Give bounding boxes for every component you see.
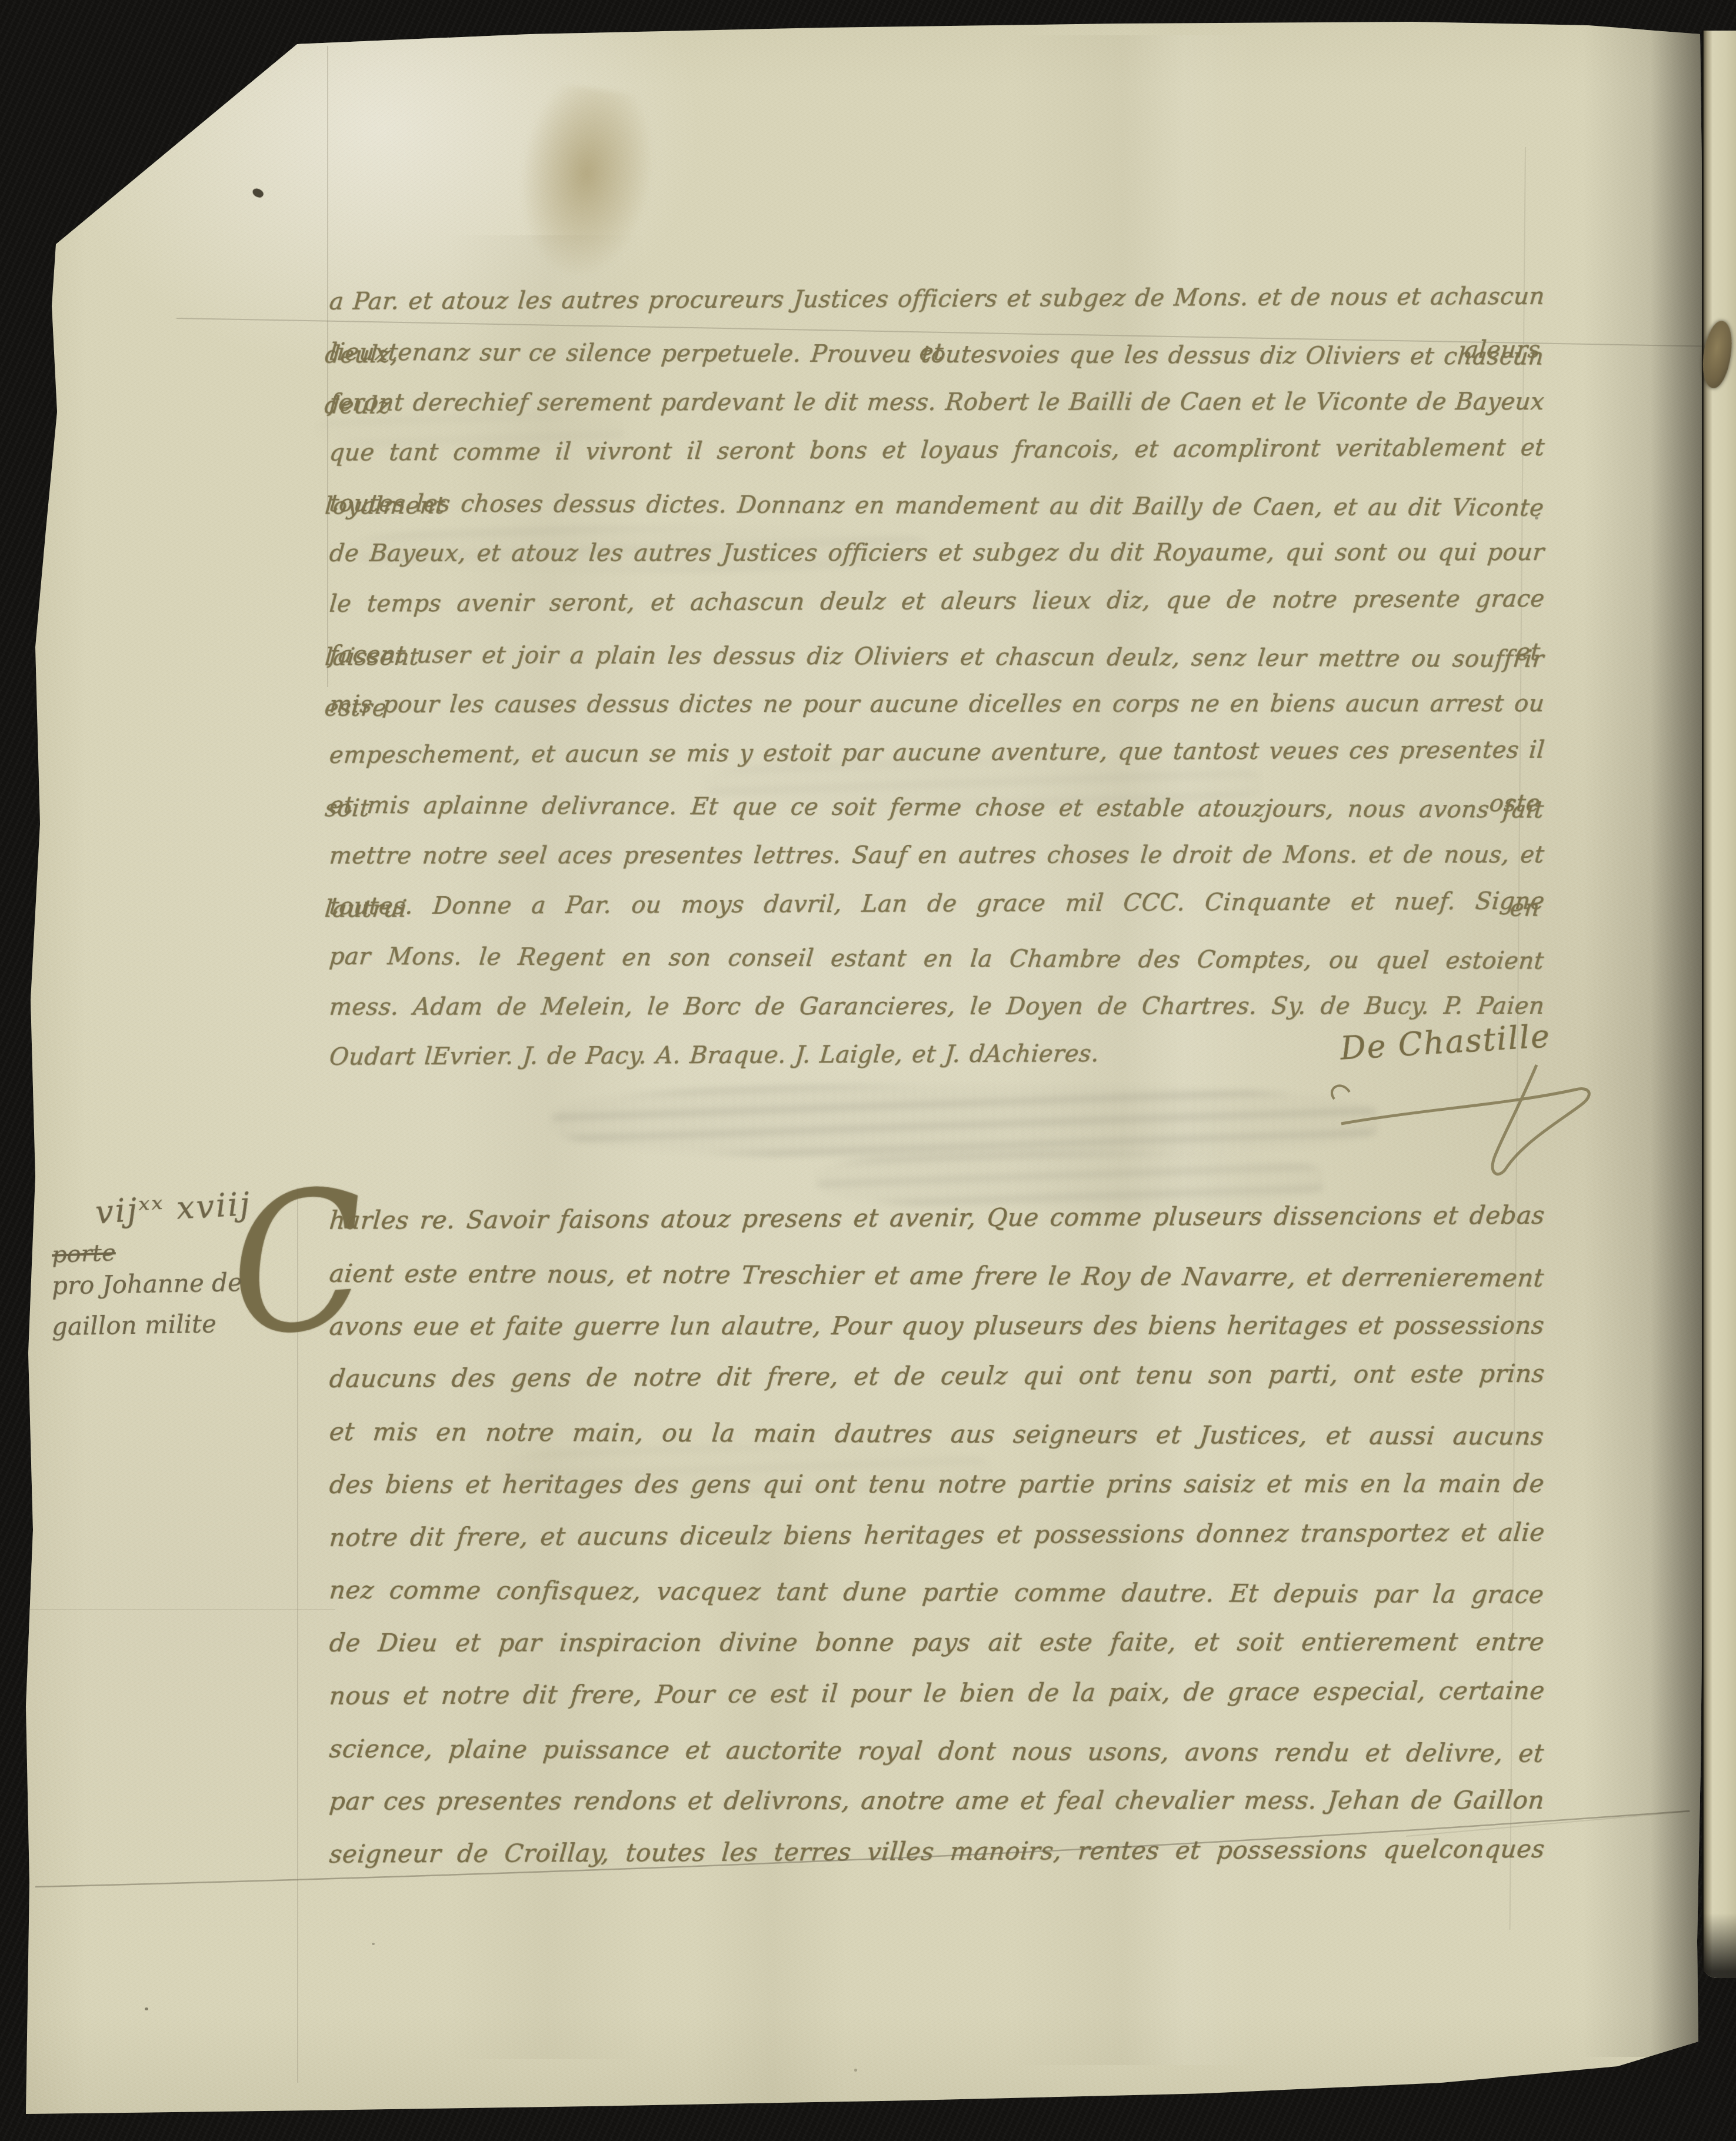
text-line: avons eue et faite guerre lun alautre, P… <box>327 1299 1547 1353</box>
text-line: mettre notre seel aces presentes lettres… <box>327 828 1547 883</box>
margin-note-latin-line-2: gaillon milite <box>52 1310 217 1341</box>
text-line: et mis aplainne delivrance. Et que ce so… <box>327 779 1547 837</box>
photo-backdrop: { "photo": { "backdrop_color": "#131210"… <box>0 0 1736 2141</box>
text-line: feront derechief serement pardevant le d… <box>327 375 1547 429</box>
text-line: a Par. et atouz les autres procureurs Ju… <box>327 270 1547 328</box>
parchment-stain <box>508 80 662 285</box>
text-line: le temps avenir seront, et achascun deul… <box>327 572 1547 631</box>
text-line: harles re. Savoir faisons atouz presens … <box>327 1189 1547 1247</box>
ink-speck <box>372 1943 375 1945</box>
text-line: mess. Adam de Melein, le Borc de Garanci… <box>327 980 1547 1034</box>
margin-note-struck-word: porte <box>51 1239 116 1268</box>
text-line: mis pour les causes dessus dictes ne pou… <box>327 677 1547 731</box>
text-line: nez comme confisquez, vacquez tant dune … <box>327 1564 1547 1621</box>
margin-note-latin-line-1: pro Johanne de <box>52 1268 243 1300</box>
text-line: nous et notre dit frere, Pour ce est il … <box>327 1664 1547 1723</box>
text-line: de Bayeux, et atouz les autres Justices … <box>327 526 1547 580</box>
ink-speck <box>854 2069 857 2072</box>
text-line: notre dit frere, et aucuns diceulz biens… <box>327 1506 1547 1564</box>
text-line: daucuns des gens de notre dit frere, et … <box>327 1347 1547 1406</box>
text-line: science, plaine puissance et auctorite r… <box>327 1723 1547 1780</box>
text-line: et mis en notre main, ou la main dautres… <box>327 1406 1547 1463</box>
text-line: lieuxtenanz sur ce silence perpetuele. P… <box>327 326 1547 384</box>
text-line: aient este entre nous, et notre Treschie… <box>327 1247 1547 1305</box>
text-line: par ces presentes rendons et delivrons, … <box>327 1774 1547 1828</box>
entry-1-text-block: a Par. et atouz les autres procureurs Ju… <box>329 275 1544 1111</box>
text-line: de Dieu et par inspiracion divine bonne … <box>327 1616 1547 1670</box>
next-folio-bottom-shadow <box>1702 1913 1736 1978</box>
text-line: que tant comme il vivront il seront bons… <box>327 421 1547 480</box>
text-line: par Mons. le Regent en son conseil estan… <box>327 930 1547 988</box>
text-line: seigneur de Croillay, toutes les terres … <box>327 1823 1547 1881</box>
text-line: des biens et heritages des gens qui ont … <box>327 1457 1547 1511</box>
manuscript-page: a Par. et atouz les autres procureurs Ju… <box>0 0 1736 2141</box>
ink-speck <box>145 2007 148 2010</box>
text-line: toutes. Donne a Par. ou moys davril, Lan… <box>327 875 1547 933</box>
text-line: empeschement, et aucun se mis y estoit p… <box>327 724 1547 782</box>
entry-2-text-block: harles re. Savoir faisons atouz presens … <box>329 1194 1544 1906</box>
